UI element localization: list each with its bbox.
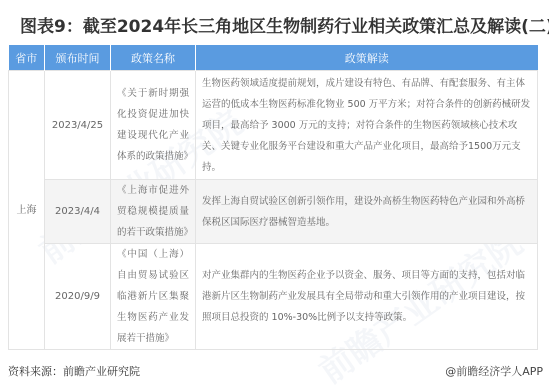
chart-title: 图表9：截至2024年长三角地区生物制药行业相关政策汇总及解读(二)	[20, 12, 549, 37]
date-cell: 2023/4/25	[45, 71, 111, 180]
interpretation-cell: 对产业集群内的生物医药企业予以资金、服务、项目等方面的支持，包括对临港新片区生物…	[196, 244, 538, 350]
policy-table: 省市 颁布时间 政策名称 政策解读 上海 2023/4/25 《关于新时期强化投…	[8, 45, 538, 350]
header-date: 颁布时间	[45, 45, 111, 71]
province-cell: 上海	[9, 71, 45, 350]
date-cell: 2023/4/4	[45, 180, 111, 244]
header-interpretation: 政策解读	[196, 45, 538, 71]
table-row: 2020/9/9 《中国（上海）自由贸易试验区临港新片区集聚生物医药产业发展若干…	[9, 244, 538, 350]
header-policy-name: 政策名称	[111, 45, 196, 71]
table-row: 2023/4/4 《上海市促进外贸稳规模提质量的若干政策措施》 发挥上海自贸试验…	[9, 180, 538, 244]
date-cell: 2020/9/9	[45, 244, 111, 350]
policy-name-cell: 《中国（上海）自由贸易试验区临港新片区集聚生物医药产业发展若干措施》	[111, 244, 196, 350]
table-row: 上海 2023/4/25 《关于新时期强化投资促进加快建设现代化产业体系的政策措…	[9, 71, 538, 180]
source-note: 资料来源：前瞻产业研究院	[8, 363, 140, 379]
credit-note: @前瞻经济学人APP	[445, 363, 543, 379]
interpretation-cell: 发挥上海自贸试验区创新引领作用，建设外高桥生物医药特色产业园和外高桥保税区国际医…	[196, 180, 538, 244]
policy-name-cell: 《关于新时期强化投资促进加快建设现代化产业体系的政策措施》	[111, 71, 196, 180]
table-header-row: 省市 颁布时间 政策名称 政策解读	[9, 45, 538, 71]
interpretation-cell: 生物医药领域适度提前规划，成片建设有特色、有品牌、有配套服务、有主体运营的低成本…	[196, 71, 538, 180]
header-province: 省市	[9, 45, 45, 71]
policy-name-cell: 《上海市促进外贸稳规模提质量的若干政策措施》	[111, 180, 196, 244]
